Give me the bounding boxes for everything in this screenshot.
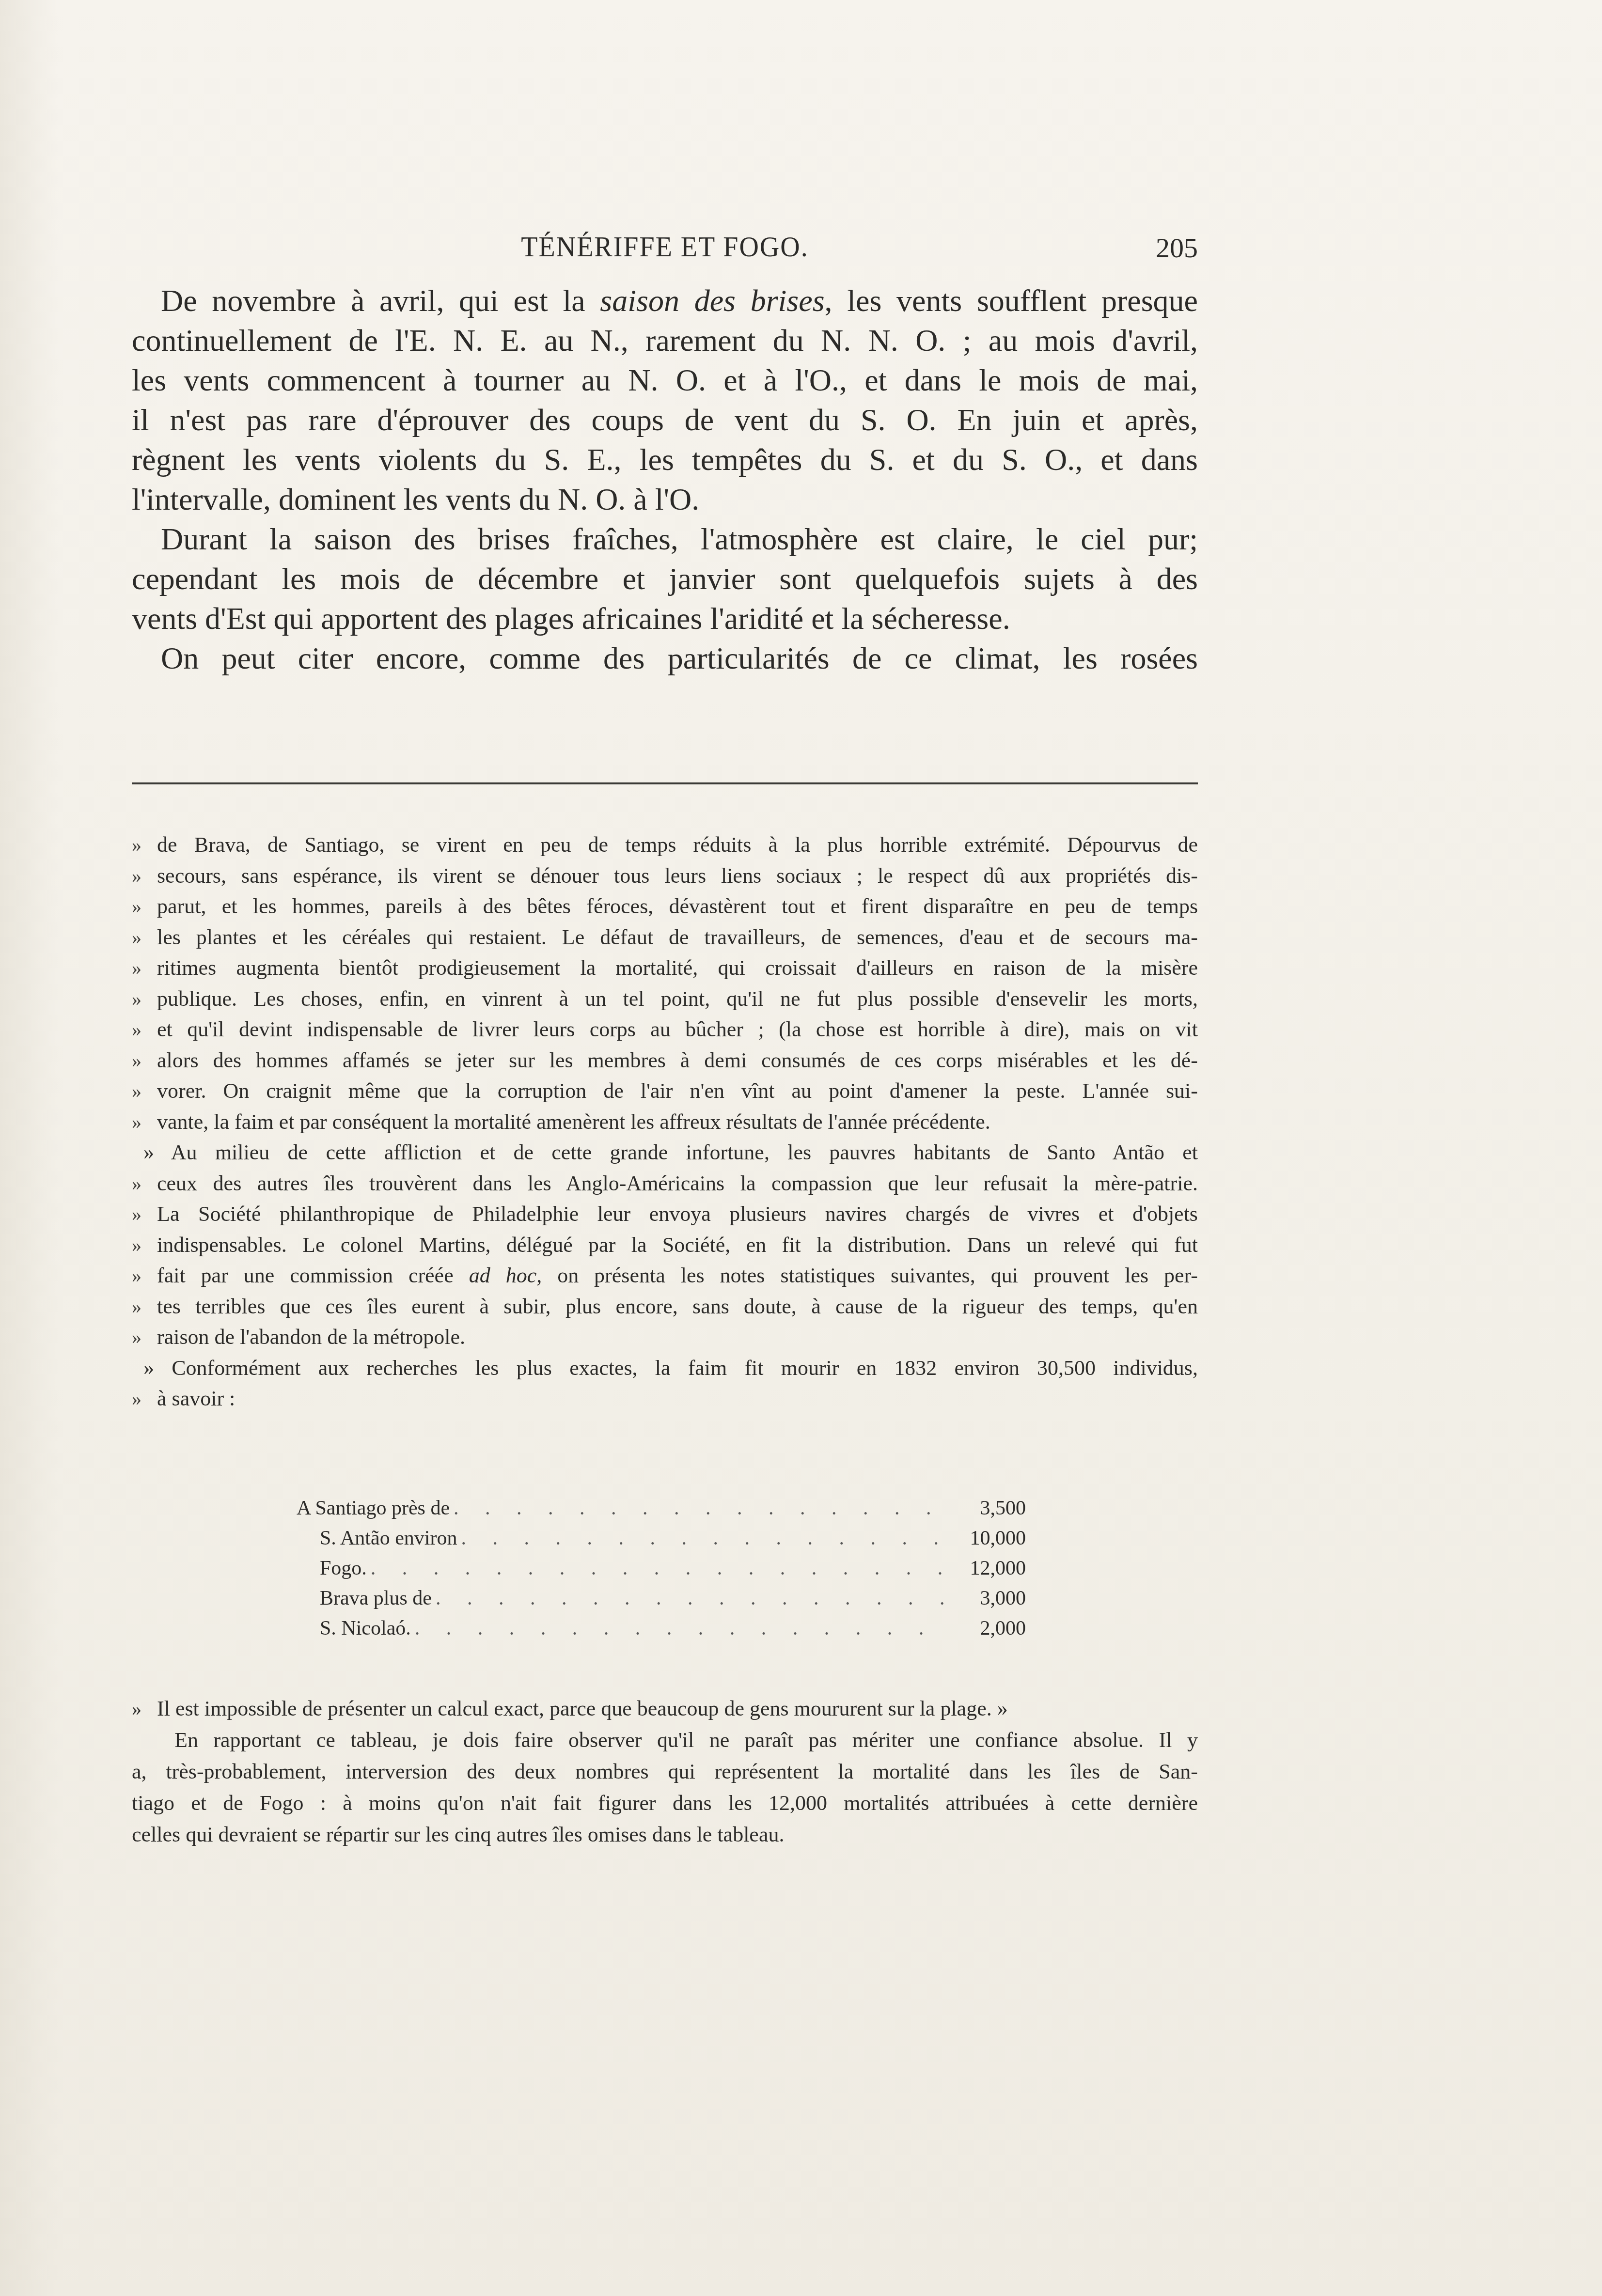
text-run: vorer. On craignit même que la corruptio… [157, 1079, 1198, 1103]
body-line: On peut citer encore, comme des particul… [132, 639, 1198, 678]
dot-leader: . . . . . . . . . . . . . . . . . . . . … [436, 1583, 948, 1613]
table-row: S. Nicolaó. . . . . . . . . . . . . . . … [297, 1613, 1026, 1643]
footnote-line: »secours, sans espérance, ils virent se … [132, 860, 1198, 891]
footnote-line: » Au milieu de cette affliction et de ce… [132, 1137, 1198, 1168]
text-run: vante, la faim et par conséquent la mort… [157, 1110, 990, 1134]
mortality-value: 2,000 [948, 1613, 1026, 1643]
island-label: S. Antão environ [297, 1523, 461, 1553]
text-run: à savoir : [157, 1387, 235, 1410]
page-number: 205 [1156, 232, 1198, 264]
table-row: Fogo. . . . . . . . . . . . . . . . . . … [297, 1553, 1026, 1583]
footnote-line: »de Brava, de Santiago, se virent en peu… [132, 829, 1198, 860]
footnote-line: »vorer. On craignit même que la corrupti… [132, 1076, 1198, 1107]
quote-mark: » [132, 891, 141, 922]
quote-mark: » [132, 1168, 141, 1199]
body-line: De novembre à avril, qui est la saison d… [132, 281, 1198, 321]
mortality-value: 3,000 [948, 1583, 1026, 1613]
text-run: secours, sans espérance, ils virent se d… [157, 864, 1198, 888]
closing-line: tiago et de Fogo : à moins qu'on n'ait f… [132, 1787, 1198, 1819]
table-row: Brava plus de . . . . . . . . . . . . . … [297, 1583, 1026, 1613]
text-run: indispensables. Le colonel Martins, délé… [157, 1233, 1198, 1257]
footnote-line: » Conformément aux recherches les plus e… [132, 1353, 1198, 1384]
footnote-separator-rule [132, 782, 1198, 784]
footnote-line: »tes terribles que ces îles eurent à sub… [132, 1291, 1198, 1322]
footnote-line: »alors des hommes affamés se jeter sur l… [132, 1045, 1198, 1076]
body-line: Durant la saison des brises fraîches, l'… [132, 519, 1198, 559]
closing-line: a, très-probablement, interversion des d… [132, 1756, 1198, 1787]
text-run: raison de l'abandon de la métropole. [157, 1325, 465, 1349]
main-text: De novembre à avril, qui est la saison d… [132, 281, 1198, 678]
quote-mark: » [132, 860, 141, 891]
body-line: vents d'Est qui apportent des plages afr… [132, 599, 1198, 639]
body-line: cependant les mois de décembre et janvie… [132, 559, 1198, 599]
dot-leader: . . . . . . . . . . . . . . . . . . . . … [454, 1493, 948, 1523]
text-run: alors des hommes affamés se jeter sur le… [157, 1048, 1198, 1072]
table-row: A Santiago près de . . . . . . . . . . .… [297, 1493, 1026, 1523]
italic-term: ad hoc [469, 1264, 537, 1287]
island-label: Brava plus de [297, 1583, 436, 1613]
text-run: et qu'il devint indispensable de livrer … [157, 1017, 1198, 1041]
quote-mark: » [132, 984, 141, 1015]
italic-term: saison des brises [600, 283, 824, 318]
footnote-line: »vante, la faim et par conséquent la mor… [132, 1107, 1198, 1138]
dot-leader: . . . . . . . . . . . . . . . . . . . . … [461, 1523, 948, 1553]
text-run: Il est impossible de présenter un calcul… [157, 1697, 1008, 1720]
closing-block: »Il est impossible de présenter un calcu… [132, 1693, 1198, 1850]
quote-mark: » [132, 1076, 141, 1107]
text-run: fait par une commission créée [157, 1264, 469, 1287]
mortality-value: 12,000 [948, 1553, 1026, 1583]
body-line: il n'est pas rare d'éprouver des coups d… [132, 400, 1198, 440]
body-line: continuellement de l'E. N. E. au N., rar… [132, 321, 1198, 360]
quote-mark: » [132, 922, 141, 953]
island-label: Fogo. [297, 1553, 371, 1583]
quote-mark: » [132, 1383, 141, 1414]
text-run: les plantes et les céréales qui restaien… [157, 925, 1198, 949]
dot-leader: . . . . . . . . . . . . . . . . . . . . … [371, 1553, 948, 1583]
footnote-line: »parut, et les hommes, pareils à des bêt… [132, 891, 1198, 922]
table-row: S. Antão environ . . . . . . . . . . . .… [297, 1523, 1026, 1553]
footnote-line: »raison de l'abandon de la métropole. [132, 1322, 1198, 1353]
mortality-value: 3,500 [948, 1493, 1026, 1523]
quote-mark: » [132, 1045, 141, 1076]
text-run: publique. Les choses, enfin, en vinrent … [157, 987, 1198, 1011]
body-line: l'intervalle, dominent les vents du N. O… [132, 480, 1198, 519]
mortality-value: 10,000 [948, 1523, 1026, 1553]
footnote-line: »ceux des autres îles trouvèrent dans le… [132, 1168, 1198, 1199]
quote-mark: » [132, 1693, 141, 1724]
running-title: TÉNÉRIFFE ET FOGO. [132, 231, 1198, 263]
footnote-line: »La Société philanthropique de Philadelp… [132, 1199, 1198, 1230]
mortality-table: A Santiago près de . . . . . . . . . . .… [297, 1493, 1026, 1643]
text-run: ceux des autres îles trouvèrent dans les… [157, 1171, 1198, 1195]
quote-mark: » [132, 1291, 141, 1322]
quote-mark: » [132, 953, 141, 984]
text-run: de Brava, de Santiago, se virent en peu … [157, 833, 1198, 857]
closing-line: celles qui devraient se répartir sur les… [132, 1819, 1198, 1850]
footnote-line: »publique. Les choses, enfin, en vinrent… [132, 984, 1198, 1015]
text-run: ritimes augmenta bientôt prodigieusement… [157, 956, 1198, 980]
footnote-line: »à savoir : [132, 1383, 1198, 1414]
quote-mark: » [132, 1322, 141, 1353]
closing-line: En rapportant ce tableau, je dois faire … [132, 1724, 1198, 1756]
closing-line: »Il est impossible de présenter un calcu… [132, 1693, 1198, 1724]
island-label: A Santiago près de [297, 1493, 454, 1523]
quote-mark: » [132, 829, 141, 860]
footnote-line: »ritimes augmenta bientôt prodigieusemen… [132, 953, 1198, 984]
quote-mark: » [132, 1230, 141, 1261]
footnote-line: »les plantes et les céréales qui restaie… [132, 922, 1198, 953]
footnote-line: »fait par une commission créée ad hoc, o… [132, 1260, 1198, 1291]
text-run: La Société philanthropique de Philadelph… [157, 1202, 1198, 1226]
running-head: TÉNÉRIFFE ET FOGO. 205 [132, 232, 1198, 270]
dot-leader: . . . . . . . . . . . . . . . . . . . . … [415, 1613, 948, 1643]
body-line: les vents commencent à tourner au N. O. … [132, 360, 1198, 400]
text-run: , on présenta les notes statistiques sui… [536, 1264, 1198, 1287]
text-run: parut, et les hommes, pareils à des bête… [157, 894, 1198, 918]
footnote-block: »de Brava, de Santiago, se virent en peu… [132, 829, 1198, 1414]
quote-mark: » [132, 1260, 141, 1291]
footnote-line: »indispensables. Le colonel Martins, dél… [132, 1230, 1198, 1261]
quote-mark: » [132, 1107, 141, 1138]
body-line: règnent les vents violents du S. E., les… [132, 440, 1198, 480]
footnote-line: »et qu'il devint indispensable de livrer… [132, 1014, 1198, 1045]
quote-mark: » [132, 1014, 141, 1045]
quote-mark: » [132, 1199, 141, 1230]
text-run: De novembre à avril, qui est la [161, 283, 600, 318]
island-label: S. Nicolaó. [297, 1613, 415, 1643]
text-run: tes terribles que ces îles eurent à subi… [157, 1295, 1198, 1318]
text-run: , les vents soufflent presque [825, 283, 1198, 318]
